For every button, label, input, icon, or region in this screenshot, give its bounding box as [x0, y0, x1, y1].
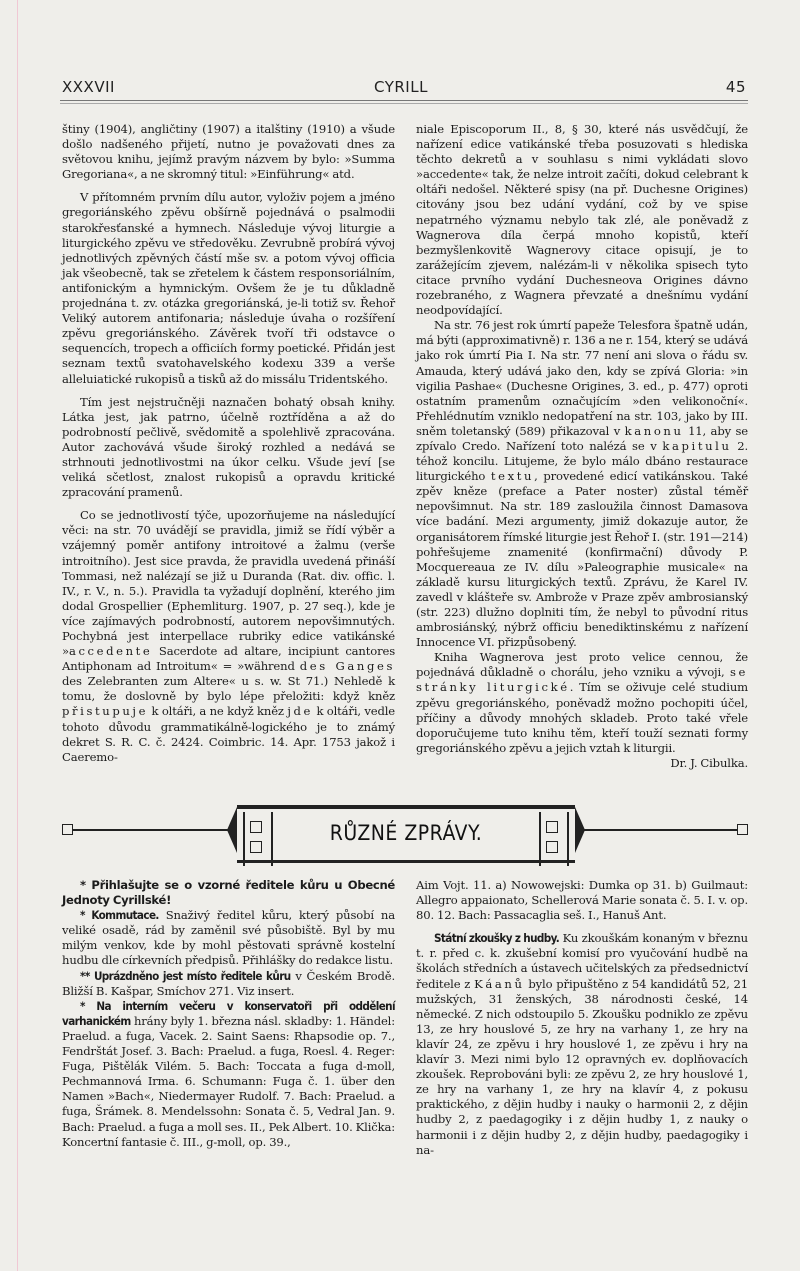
banner-arrow-right: [575, 807, 585, 853]
author-signature: Dr. J. Cibulka.: [652, 756, 748, 771]
paragraph: Na str. 76 jest rok úmrtí papeže Telesfo…: [416, 318, 748, 650]
banner-arrow-left: [227, 807, 237, 853]
banner-box: RŮZNÉ ZPRÁVY.: [237, 805, 575, 863]
paragraph: Kniha Wagnerova jest proto velice cennou…: [416, 650, 748, 756]
news-item: ** Uprázdněno jest místo ředitele kůru v…: [62, 969, 395, 999]
section-banner: RŮZNÉ ZPRÁVY.: [62, 800, 750, 860]
news-item: Aim Vojt. 11. a) Nowowejski: Dumka op 31…: [416, 878, 748, 923]
banner-line-right: [575, 829, 738, 831]
banner-square-left: [62, 824, 73, 835]
news-item: * Přihlašujte se o vzorné ředitele kůru …: [62, 878, 395, 908]
banner-end-left: [243, 812, 273, 866]
header-rule: [60, 100, 748, 104]
section-title: RŮZNÉ ZPRÁVY.: [297, 821, 515, 845]
article-column-right: niale Episcoporum II., 8, § 30, které ná…: [416, 122, 748, 771]
news-item: * Na interním večeru v konservatoři při …: [62, 999, 395, 1150]
news-item: * Kommutace. Snaživý ředitel kůru, který…: [62, 908, 395, 968]
page-number: 45: [726, 78, 746, 96]
article-column-left: štiny (1904), angličtiny (1907) a italšt…: [62, 122, 395, 765]
news-item: Státní zkoušky z hudby. Ku zkouškám kona…: [416, 931, 748, 1157]
journal-title: CYRILL: [374, 78, 428, 96]
paragraph: niale Episcoporum II., 8, § 30, které ná…: [416, 122, 748, 318]
paragraph: štiny (1904), angličtiny (1907) a italšt…: [62, 122, 395, 182]
paragraph: Co se jednotlivostí týče, upozorňujeme n…: [62, 508, 395, 765]
banner-end-right: [539, 812, 569, 866]
news-column-right: Aim Vojt. 11. a) Nowowejski: Dumka op 31…: [416, 878, 748, 1158]
paragraph: V přítomném prvním dílu autor, vyloživ p…: [62, 190, 395, 386]
running-header: XXXVII CYRILL 45: [62, 78, 746, 100]
page-margin-line: [17, 0, 18, 1271]
news-column-left: * Přihlašujte se o vzorné ředitele kůru …: [62, 878, 395, 1150]
banner-line-left: [73, 829, 237, 831]
volume-number: XXXVII: [62, 78, 115, 96]
paragraph: Tím jest nejstručněji naznačen bohatý ob…: [62, 395, 395, 501]
banner-square-right: [737, 824, 748, 835]
